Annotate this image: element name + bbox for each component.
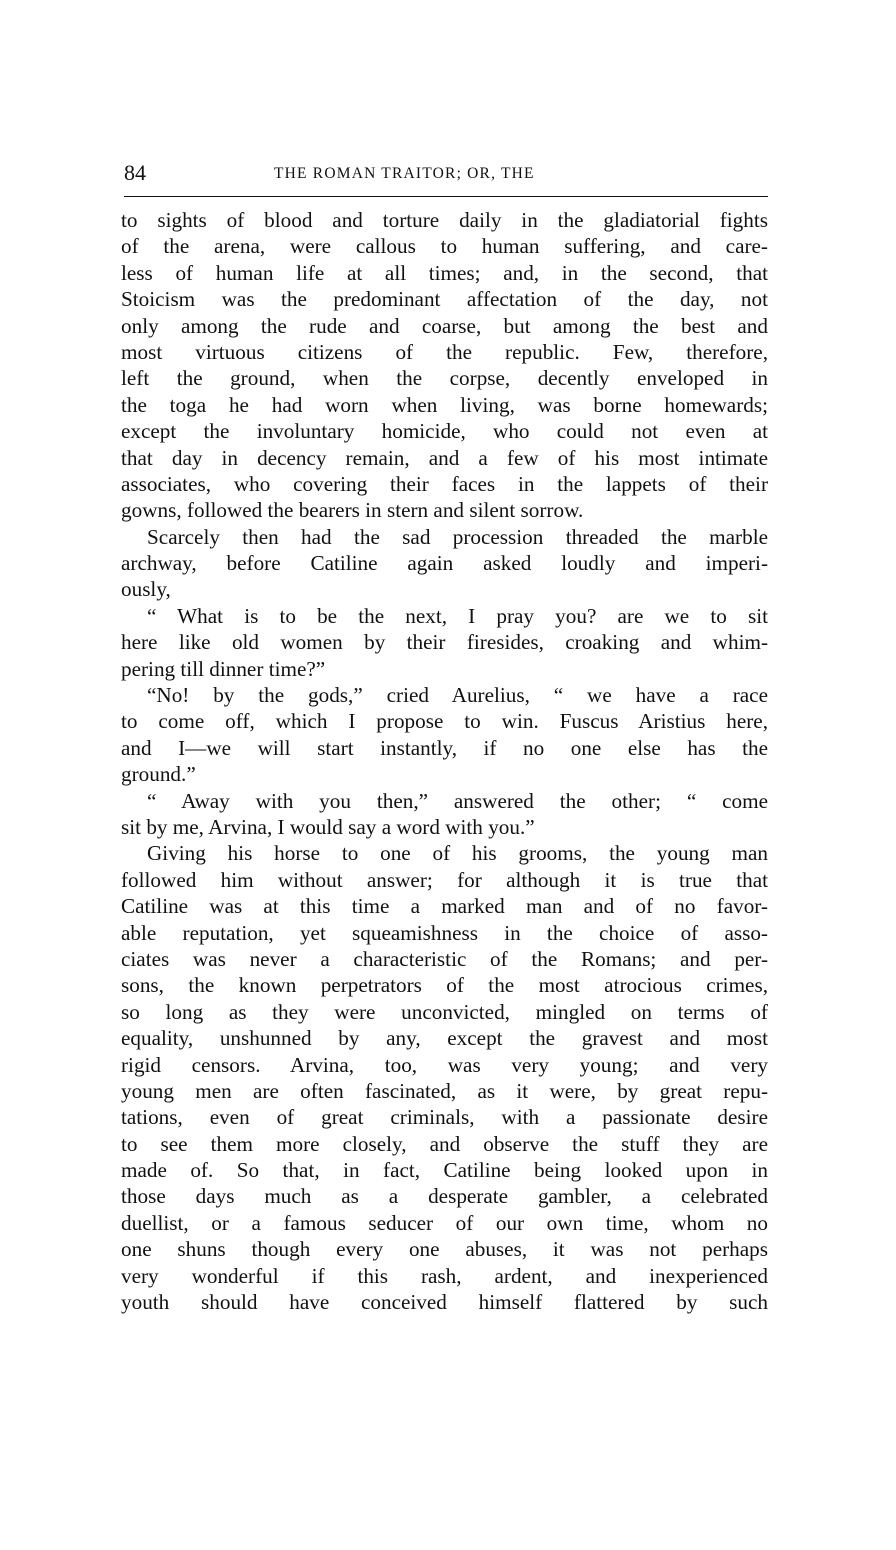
text-line: very wonderful if this rash, ardent, and… (121, 1263, 768, 1289)
text-line: made of. So that, in fact, Catiline bein… (121, 1157, 768, 1183)
text-line: archway, before Catiline again asked lou… (121, 550, 768, 576)
text-line: ously, (121, 576, 768, 602)
text-line: able reputation, yet squeamishness in th… (121, 920, 768, 946)
text-line: sit by me, Arvina, I would say a word wi… (121, 814, 768, 840)
text-line: associates, who covering their faces in … (121, 471, 768, 497)
text-line: of the arena, were callous to human suff… (121, 233, 768, 259)
text-line: followed him without answer; for althoug… (121, 867, 768, 893)
text-line: ciates was never a characteristic of the… (121, 946, 768, 972)
text-line: less of human life at all times; and, in… (121, 260, 768, 286)
header-rule (124, 196, 768, 197)
text-line: most virtuous citizens of the republic. … (121, 339, 768, 365)
text-line: left the ground, when the corpse, decent… (121, 365, 768, 391)
text-line: to come off, which I propose to win. Fus… (121, 708, 768, 734)
text-line: and I—we will start instantly, if no one… (121, 735, 768, 761)
text-line: sons, the known perpetrators of the most… (121, 972, 768, 998)
text-line: pering till dinner time?” (121, 656, 768, 682)
text-line: to see them more closely, and observe th… (121, 1131, 768, 1157)
text-line: equality, unshunned by any, except the g… (121, 1025, 768, 1051)
text-line: Stoicism was the predominant affectation… (121, 286, 768, 312)
text-line: one shuns though every one abuses, it wa… (121, 1236, 768, 1262)
text-line: tations, even of great criminals, with a… (121, 1104, 768, 1130)
text-line: so long as they were unconvicted, mingle… (121, 999, 768, 1025)
text-line: young men are often fascinated, as it we… (121, 1078, 768, 1104)
text-line: those days much as a desperate gambler, … (121, 1183, 768, 1209)
text-line: rigid censors. Arvina, too, was very you… (121, 1052, 768, 1078)
text-line: Scarcely then had the sad procession thr… (121, 524, 768, 550)
book-page: 84 THE ROMAN TRAITOR; OR, THE to sights … (0, 0, 896, 1550)
running-head: THE ROMAN TRAITOR; OR, THE (274, 163, 535, 185)
text-line: gowns, followed the bearers in stern and… (121, 497, 768, 523)
text-line: to sights of blood and torture daily in … (121, 207, 768, 233)
text-line: the toga he had worn when living, was bo… (121, 392, 768, 418)
page-number: 84 (124, 160, 146, 186)
text-line: here like old women by their firesides, … (121, 629, 768, 655)
text-line: “ Away with you then,” answered the othe… (121, 788, 768, 814)
text-line: Catiline was at this time a marked man a… (121, 893, 768, 919)
text-line: youth should have conceived himself flat… (121, 1289, 768, 1315)
text-line: ground.” (121, 761, 768, 787)
text-line: that day in decency remain, and a few of… (121, 445, 768, 471)
body-text: to sights of blood and torture daily in … (121, 207, 768, 1315)
text-line: duellist, or a famous seducer of our own… (121, 1210, 768, 1236)
text-line: Giving his horse to one of his grooms, t… (121, 840, 768, 866)
text-line: “ What is to be the next, I pray you? ar… (121, 603, 768, 629)
text-line: “No! by the gods,” cried Aurelius, “ we … (121, 682, 768, 708)
text-line: except the involuntary homicide, who cou… (121, 418, 768, 444)
page-header: 84 THE ROMAN TRAITOR; OR, THE (124, 160, 768, 188)
text-line: only among the rude and coarse, but amon… (121, 313, 768, 339)
